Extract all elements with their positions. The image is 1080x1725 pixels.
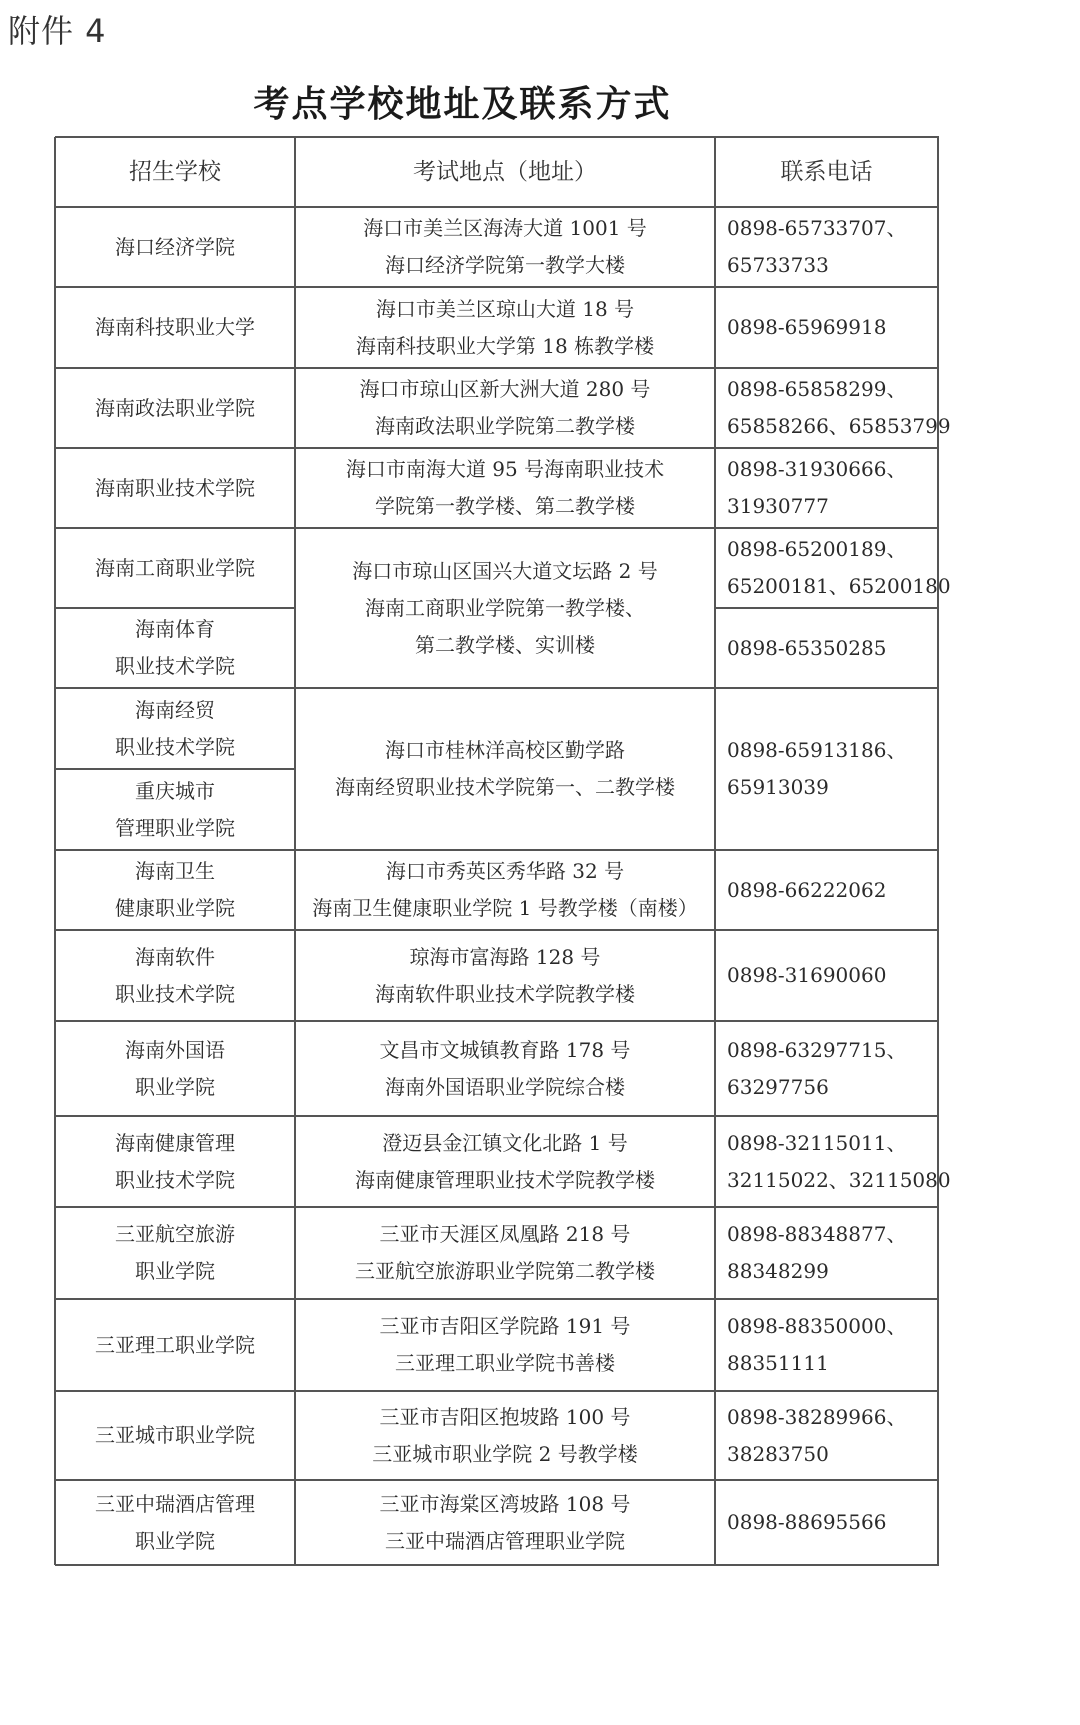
address-cell-line: 海口市桂林洋高校区勤学路 [385, 732, 625, 769]
address-cell: 海口市美兰区琼山大道 18 号海南科技职业大学第 18 栋教学楼 [295, 287, 715, 368]
header-address: 考试地点（地址） [295, 137, 715, 207]
annex-label: 附件 4 [8, 6, 107, 52]
row-divider [715, 1206, 939, 1208]
school-cell-line: 管理职业学院 [115, 810, 235, 847]
row-divider [715, 687, 939, 689]
row-divider [55, 929, 296, 931]
row-divider [295, 929, 716, 931]
column-divider [54, 137, 56, 1565]
address-cell: 海口市南海大道 95 号海南职业技术学院第一教学楼、第二教学楼 [295, 448, 715, 528]
phone-cell-line: 65858266、65853799 [727, 408, 951, 445]
row-divider [55, 527, 296, 529]
school-cell-line: 三亚理工职业学院 [95, 1327, 255, 1364]
address-cell-line: 第二教学楼、实训楼 [415, 627, 595, 664]
address-cell-line: 海南政法职业学院第二教学楼 [375, 408, 635, 445]
row-divider [55, 1479, 296, 1481]
row-divider [55, 206, 939, 208]
row-divider [55, 367, 296, 369]
phone-cell-line: 65913039 [727, 769, 829, 806]
address-cell-line: 三亚理工职业学院书善楼 [395, 1345, 615, 1382]
phone-cell: 0898-65858299、65858266、65853799 [715, 368, 938, 448]
row-divider [55, 1390, 296, 1392]
phone-cell-line: 0898-88348877、 [727, 1216, 906, 1253]
school-cell: 三亚航空旅游职业学院 [55, 1207, 295, 1299]
phone-cell-line: 0898-65200189、 [727, 531, 906, 568]
phone-cell-line: 32115022、32115080 [727, 1162, 951, 1199]
address-cell: 海口市美兰区海涛大道 1001 号海口经济学院第一教学大楼 [295, 207, 715, 287]
school-cell-line: 职业技术学院 [115, 648, 235, 685]
row-divider [295, 1115, 716, 1117]
row-divider [715, 1115, 939, 1117]
school-cell-line: 重庆城市 [135, 773, 215, 810]
row-divider [55, 849, 296, 851]
address-cell-line: 三亚市海棠区湾坡路 108 号 [380, 1486, 631, 1523]
address-cell: 三亚市天涯区凤凰路 218 号三亚航空旅游职业学院第二教学楼 [295, 1207, 715, 1299]
address-cell-line: 海口市美兰区琼山大道 18 号 [376, 291, 634, 328]
address-cell-line: 海口市琼山区国兴大道文坛路 2 号 [352, 553, 657, 590]
phone-cell-line: 88351111 [727, 1345, 829, 1382]
school-cell: 海南政法职业学院 [55, 368, 295, 448]
phone-cell: 0898-65350285 [715, 608, 938, 688]
school-cell: 重庆城市管理职业学院 [55, 769, 295, 850]
row-divider [55, 768, 296, 770]
address-cell: 三亚市吉阳区学院路 191 号三亚理工职业学院书善楼 [295, 1299, 715, 1391]
column-divider [294, 137, 296, 1565]
address-cell-line: 三亚市吉阳区学院路 191 号 [380, 1308, 631, 1345]
school-cell-line: 海口经济学院 [115, 229, 235, 266]
row-divider [295, 1020, 716, 1022]
phone-cell-line: 63297756 [727, 1069, 829, 1106]
school-cell-line: 三亚航空旅游 [115, 1216, 235, 1253]
row-divider [715, 286, 939, 288]
school-cell: 三亚城市职业学院 [55, 1391, 295, 1480]
phone-cell: 0898-88350000、88351111 [715, 1299, 938, 1391]
row-divider [715, 1020, 939, 1022]
address-cell-line: 三亚城市职业学院 2 号教学楼 [372, 1436, 637, 1473]
school-cell-line: 海南职业技术学院 [95, 470, 255, 507]
phone-cell-line: 0898-32115011、 [727, 1125, 906, 1162]
address-cell-line: 海口经济学院第一教学大楼 [385, 247, 625, 284]
phone-cell: 0898-66222062 [715, 850, 938, 930]
school-cell-line: 海南软件 [135, 939, 215, 976]
school-cell-line: 海南卫生 [135, 853, 215, 890]
school-cell: 海南健康管理职业技术学院 [55, 1116, 295, 1207]
school-cell: 海南体育职业技术学院 [55, 608, 295, 688]
row-divider [55, 136, 939, 138]
school-cell: 海南卫生健康职业学院 [55, 850, 295, 930]
phone-cell-line: 0898-65913186、 [727, 732, 906, 769]
address-cell-line: 文昌市文城镇教育路 178 号 [380, 1032, 631, 1069]
phone-cell-line: 0898-31690060 [727, 957, 886, 994]
school-cell: 海南外国语职业学院 [55, 1021, 295, 1116]
school-cell-line: 海南外国语 [125, 1032, 225, 1069]
column-divider [937, 137, 939, 1565]
address-cell-line: 学院第一教学楼、第二教学楼 [375, 488, 635, 525]
address-cell: 海口市秀英区秀华路 32 号海南卫生健康职业学院 1 号教学楼（南楼） [295, 850, 715, 930]
header-school: 招生学校 [55, 137, 295, 207]
school-cell-line: 健康职业学院 [115, 890, 235, 927]
row-divider [55, 1206, 296, 1208]
phone-cell-line: 31930777 [727, 488, 829, 525]
phone-cell: 0898-63297715、63297756 [715, 1021, 938, 1116]
address-cell-line: 海南软件职业技术学院教学楼 [375, 976, 635, 1013]
address-cell-line: 三亚市天涯区凤凰路 218 号 [380, 1216, 631, 1253]
address-cell-line: 海口市琼山区新大洲大道 280 号 [360, 371, 651, 408]
address-cell: 海口市琼山区国兴大道文坛路 2 号海南工商职业学院第一教学楼、第二教学楼、实训楼 [295, 528, 715, 688]
phone-cell-line: 0898-65733707、 [727, 210, 906, 247]
row-divider [295, 1479, 716, 1481]
school-cell: 海南工商职业学院 [55, 528, 295, 608]
phone-cell: 0898-38289966、38283750 [715, 1391, 938, 1480]
school-cell-line: 职业学院 [135, 1253, 215, 1290]
phone-cell: 0898-65913186、65913039 [715, 688, 938, 850]
row-divider [715, 1479, 939, 1481]
row-divider [55, 286, 296, 288]
phone-cell-line: 0898-66222062 [727, 872, 886, 909]
row-divider [295, 1564, 716, 1566]
phone-cell: 0898-88695566 [715, 1480, 938, 1565]
school-cell: 海南软件职业技术学院 [55, 930, 295, 1021]
row-divider [55, 1115, 296, 1117]
row-divider [295, 527, 716, 529]
row-divider [55, 607, 296, 609]
school-cell: 海南经贸职业技术学院 [55, 688, 295, 769]
phone-cell: 0898-31930666、31930777 [715, 448, 938, 528]
school-cell-line: 职业技术学院 [115, 729, 235, 766]
row-divider [55, 1564, 296, 1566]
phone-cell-line: 0898-88695566 [727, 1504, 886, 1541]
row-divider [295, 849, 716, 851]
address-cell-line: 海南工商职业学院第一教学楼、 [365, 590, 645, 627]
row-divider [715, 1390, 939, 1392]
school-cell-line: 职业学院 [135, 1523, 215, 1560]
row-divider [715, 849, 939, 851]
phone-cell-line: 0898-65858299、 [727, 371, 906, 408]
address-cell: 文昌市文城镇教育路 178 号海南外国语职业学院综合楼 [295, 1021, 715, 1116]
phone-cell-line: 0898-65969918 [727, 309, 886, 346]
address-cell-line: 海南卫生健康职业学院 1 号教学楼（南楼） [312, 890, 697, 927]
school-cell: 海南职业技术学院 [55, 448, 295, 528]
row-divider [295, 1206, 716, 1208]
address-cell-line: 海口市美兰区海涛大道 1001 号 [363, 210, 647, 247]
column-divider [714, 137, 716, 1565]
row-divider [55, 1020, 296, 1022]
row-divider [55, 447, 296, 449]
row-divider [715, 929, 939, 931]
row-divider [55, 1298, 296, 1300]
address-cell: 澄迈县金江镇文化北路 1 号海南健康管理职业技术学院教学楼 [295, 1116, 715, 1207]
school-cell-line: 职业学院 [135, 1069, 215, 1106]
phone-cell: 0898-88348877、88348299 [715, 1207, 938, 1299]
address-cell-line: 海南健康管理职业技术学院教学楼 [355, 1162, 655, 1199]
row-divider [295, 1298, 716, 1300]
header-phone: 联系电话 [715, 137, 938, 207]
row-divider [715, 367, 939, 369]
school-cell-line: 海南政法职业学院 [95, 390, 255, 427]
row-divider [715, 1564, 939, 1566]
address-cell-line: 海南外国语职业学院综合楼 [385, 1069, 625, 1106]
phone-cell: 0898-65969918 [715, 287, 938, 368]
row-divider [715, 1298, 939, 1300]
row-divider [295, 447, 716, 449]
phone-cell: 0898-31690060 [715, 930, 938, 1021]
document-title: 考点学校地址及联系方式 [0, 76, 925, 127]
address-cell: 海口市琼山区新大洲大道 280 号海南政法职业学院第二教学楼 [295, 368, 715, 448]
row-divider [295, 286, 716, 288]
phone-cell-line: 65200181、65200180 [727, 568, 951, 605]
phone-cell: 0898-65200189、65200181、65200180 [715, 528, 938, 608]
school-cell-line: 职业技术学院 [115, 976, 235, 1013]
row-divider [715, 527, 939, 529]
school-cell-line: 海南科技职业大学 [95, 309, 255, 346]
school-cell: 海南科技职业大学 [55, 287, 295, 368]
address-cell: 三亚市吉阳区抱坡路 100 号三亚城市职业学院 2 号教学楼 [295, 1391, 715, 1480]
phone-cell-line: 0898-31930666、 [727, 451, 906, 488]
address-cell-line: 三亚中瑞酒店管理职业学院 [385, 1523, 625, 1560]
exam-sites-table: 招生学校 考试地点（地址） 联系电话 海口经济学院海口市美兰区海涛大道 1001… [55, 137, 938, 1565]
phone-cell-line: 38283750 [727, 1436, 829, 1473]
school-cell-line: 海南经贸 [135, 692, 215, 729]
school-cell-line: 三亚城市职业学院 [95, 1417, 255, 1454]
school-cell-line: 海南工商职业学院 [95, 550, 255, 587]
phone-cell-line: 0898-65350285 [727, 630, 886, 667]
address-cell: 琼海市富海路 128 号海南软件职业技术学院教学楼 [295, 930, 715, 1021]
address-cell-line: 琼海市富海路 128 号 [410, 939, 601, 976]
address-cell-line: 三亚航空旅游职业学院第二教学楼 [355, 1253, 655, 1290]
row-divider [295, 1390, 716, 1392]
row-divider [295, 367, 716, 369]
school-cell: 三亚理工职业学院 [55, 1299, 295, 1391]
school-cell-line: 三亚中瑞酒店管理 [95, 1486, 255, 1523]
school-cell: 三亚中瑞酒店管理职业学院 [55, 1480, 295, 1565]
school-cell-line: 职业技术学院 [115, 1162, 235, 1199]
address-cell-line: 三亚市吉阳区抱坡路 100 号 [380, 1399, 631, 1436]
address-cell-line: 海南经贸职业技术学院第一、二教学楼 [335, 769, 675, 806]
address-cell: 海口市桂林洋高校区勤学路海南经贸职业技术学院第一、二教学楼 [295, 688, 715, 850]
address-cell-line: 海口市秀英区秀华路 32 号 [386, 853, 624, 890]
phone-cell-line: 0898-38289966、 [727, 1399, 906, 1436]
phone-cell: 0898-32115011、32115022、32115080 [715, 1116, 938, 1207]
phone-cell-line: 0898-88350000、 [727, 1308, 906, 1345]
row-divider [715, 607, 939, 609]
school-cell-line: 海南体育 [135, 611, 215, 648]
address-cell-line: 海南科技职业大学第 18 栋教学楼 [356, 328, 654, 365]
phone-cell-line: 65733733 [727, 247, 829, 284]
row-divider [55, 687, 296, 689]
row-divider [715, 447, 939, 449]
row-divider [295, 687, 716, 689]
school-cell-line: 海南健康管理 [115, 1125, 235, 1162]
address-cell-line: 澄迈县金江镇文化北路 1 号 [382, 1125, 627, 1162]
phone-cell: 0898-65733707、65733733 [715, 207, 938, 287]
address-cell: 三亚市海棠区湾坡路 108 号三亚中瑞酒店管理职业学院 [295, 1480, 715, 1565]
school-cell: 海口经济学院 [55, 207, 295, 287]
phone-cell-line: 0898-63297715、 [727, 1032, 906, 1069]
phone-cell-line: 88348299 [727, 1253, 829, 1290]
address-cell-line: 海口市南海大道 95 号海南职业技术 [346, 451, 664, 488]
